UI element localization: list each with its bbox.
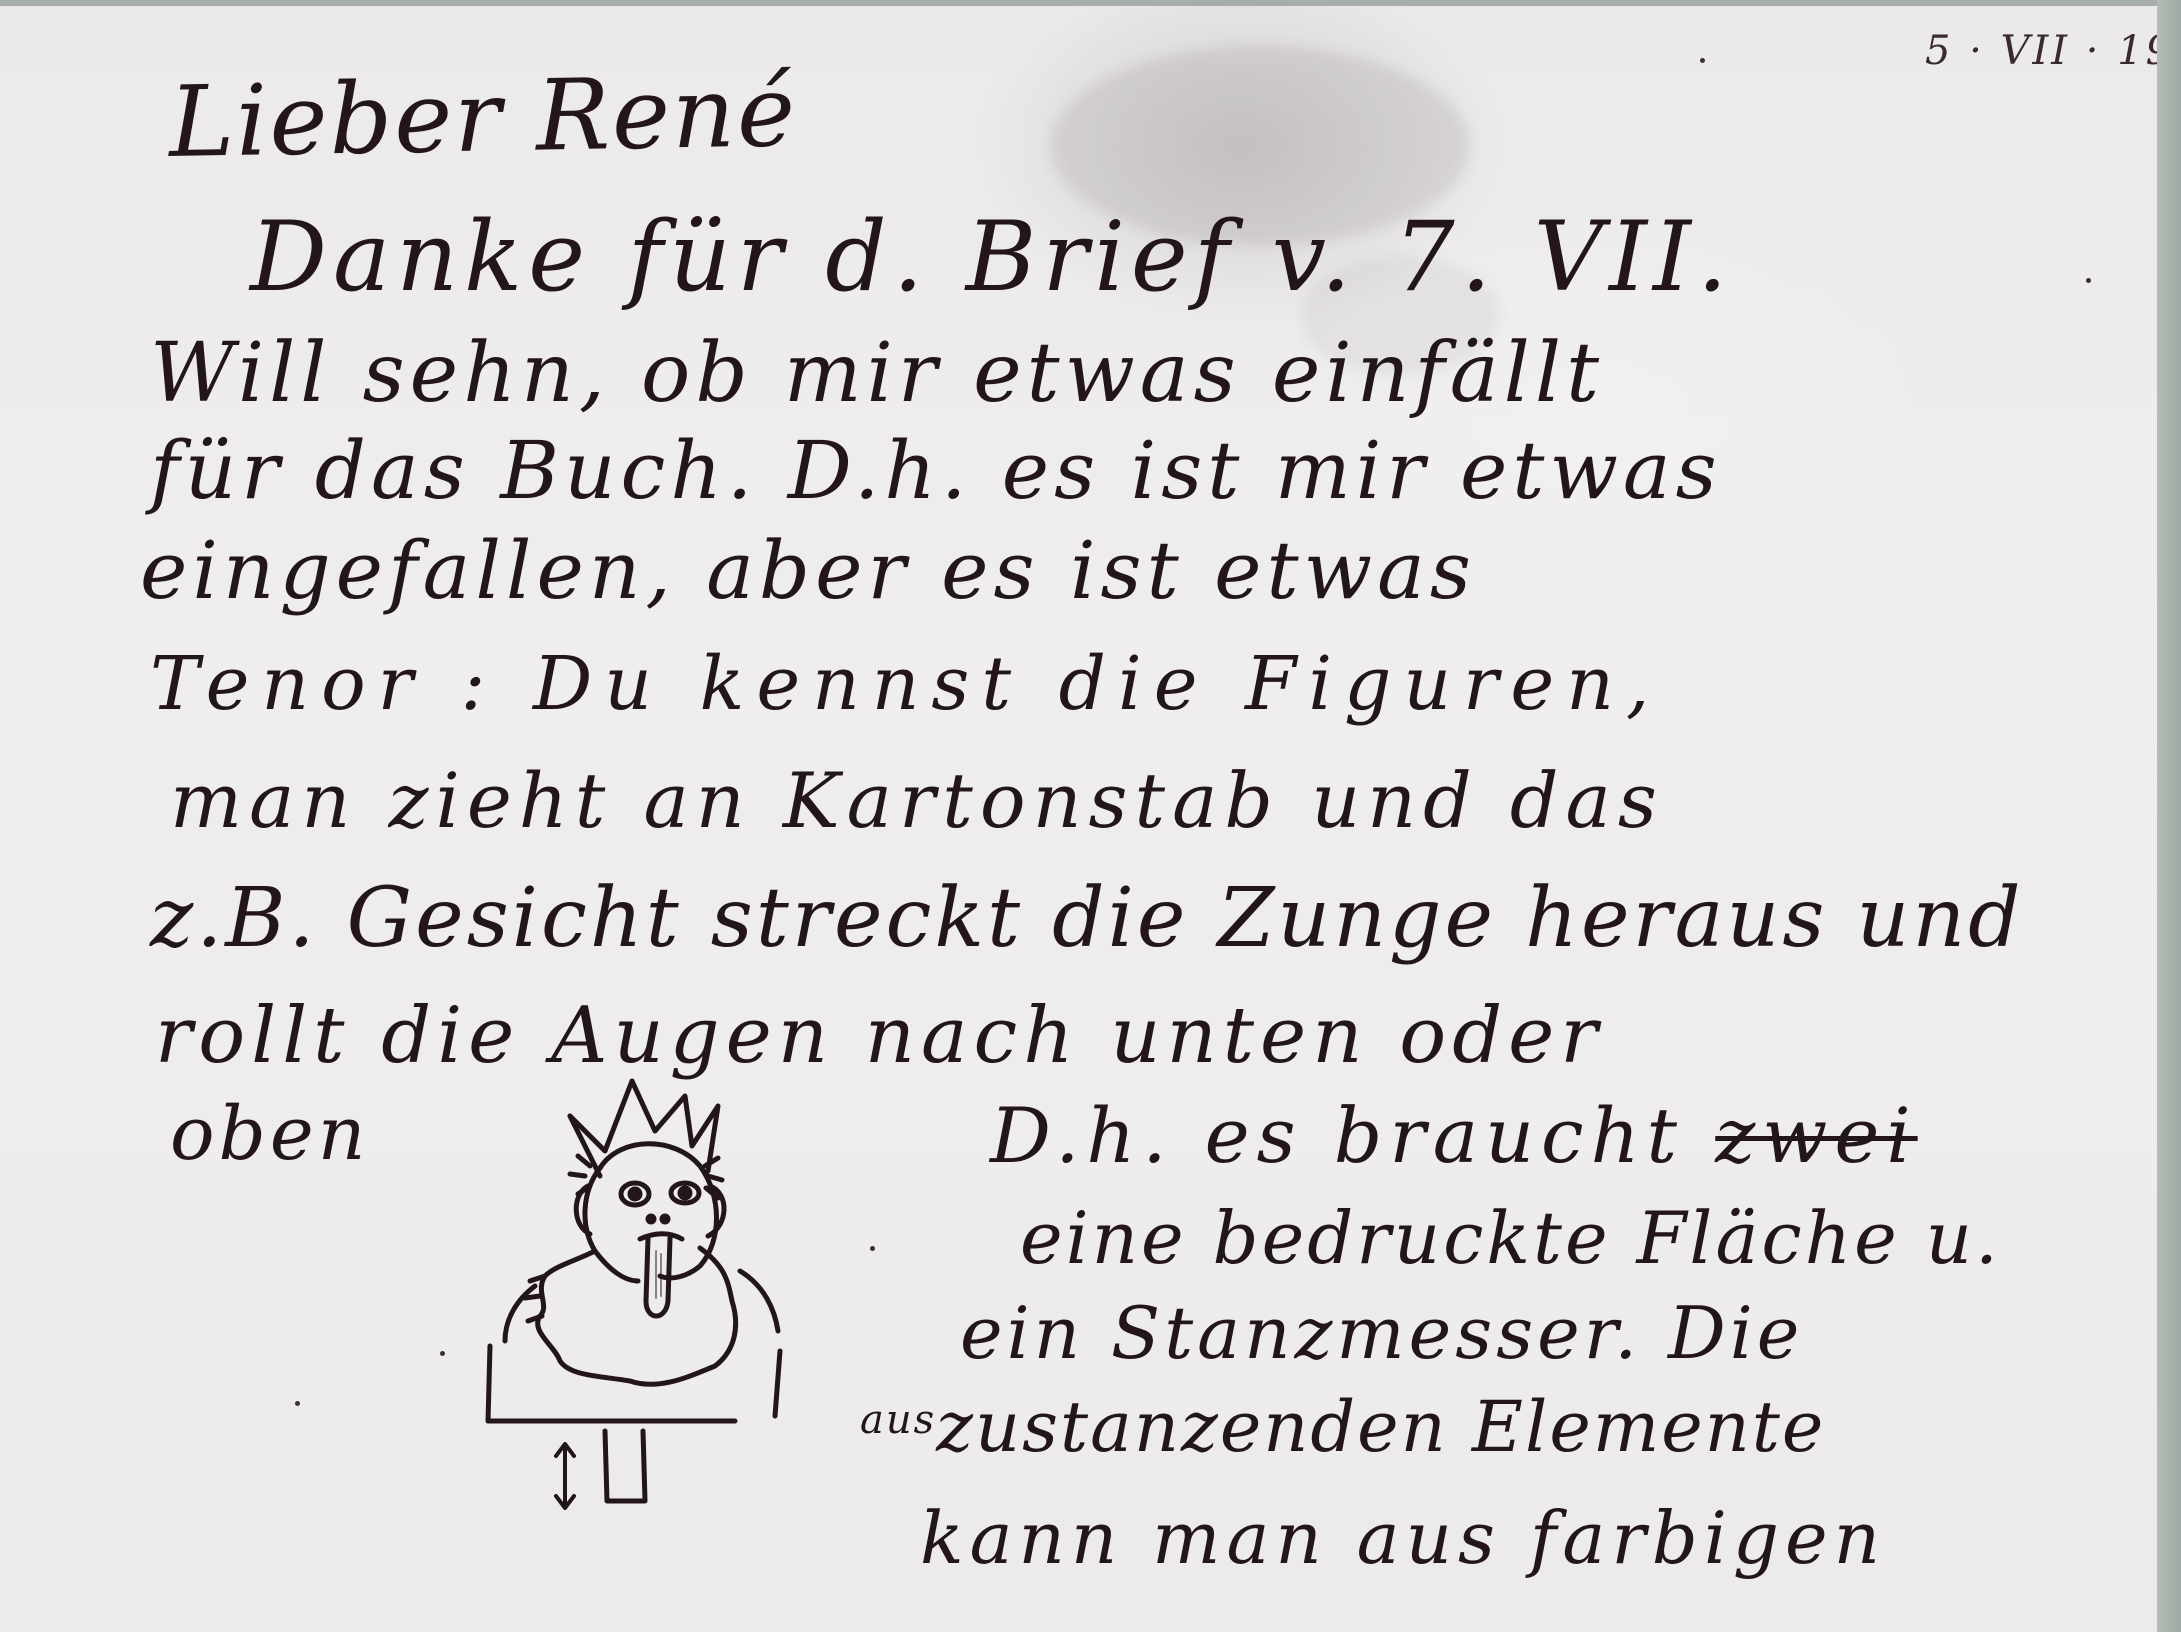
right-block-line: kann man aus farbigen: [920, 1496, 1886, 1580]
ink-speck: [870, 1246, 875, 1251]
ink-speck: [1700, 58, 1705, 63]
right-line-prefix: aus: [860, 1397, 936, 1443]
right-block-line: auszustanzenden Elemente: [860, 1386, 1825, 1468]
letter-line: Danke für d. Brief v. 7. VII.: [250, 201, 1733, 313]
right-block-line: D.h. es braucht zwei: [990, 1091, 1918, 1180]
letter-line: eingefallen, aber es ist etwas: [140, 524, 1476, 617]
right-block-line: ein Stanzmesser. Die: [960, 1291, 1803, 1375]
salutation: Lieber René: [168, 55, 798, 180]
letter-line: Tenor : Du kennst die Figuren,: [150, 641, 1661, 727]
ink-speck: [295, 1401, 300, 1406]
letter-line: oben: [170, 1091, 369, 1177]
right-line-text: zustanzenden Elemente: [936, 1386, 1825, 1468]
letter-line: man zieht an Kartonstab und das: [170, 756, 1664, 845]
struck-word: zwei: [1715, 1091, 1917, 1180]
right-line-text: D.h. es braucht: [990, 1091, 1684, 1180]
crowned-figure-sketch-icon: [460, 1076, 820, 1516]
ink-speck: [440, 1351, 445, 1356]
right-block-line: eine bedruckte Fläche u.: [1020, 1196, 2001, 1280]
letter-line: rollt die Augen nach unten oder: [155, 991, 1604, 1081]
letter-paper: 5 · VII · 1966 Lieber René Danke für d. …: [0, 6, 2157, 1632]
letter-date: 5 · VII · 1966: [1925, 28, 2181, 74]
letter-line: z.B. Gesicht streckt die Zunge heraus un…: [150, 871, 2024, 966]
ink-speck: [2086, 278, 2091, 283]
letter-line: für das Buch. D.h. es ist mir etwas: [150, 424, 1722, 517]
frame-right-edge: [2157, 0, 2181, 1632]
letter-line: Will sehn, ob mir etwas einfällt: [150, 326, 1604, 421]
